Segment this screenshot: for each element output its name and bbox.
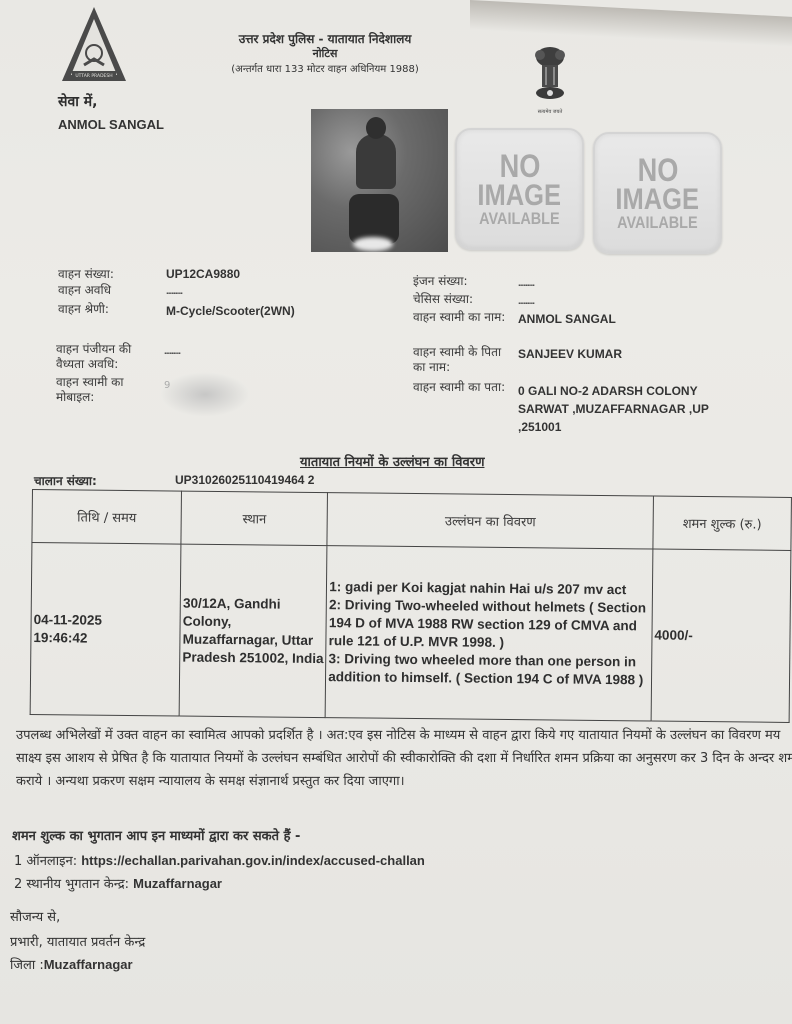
owner-name-value: ANMOL SANGAL: [518, 312, 616, 327]
cell-place: 30/12A, Gandhi Colony, Muzaffarnagar, Ut…: [179, 544, 327, 718]
chassis-number-label: चेसिस संख्या:: [413, 292, 473, 307]
violation-time: 19:46:42: [33, 629, 177, 649]
owner-address-label: वाहन स्वामी का पता:: [413, 380, 513, 395]
placeholder-text-available: AVAILABLE: [479, 210, 560, 228]
violation-section-title: यातायात नियमों के उल्लंघन का विवरण: [300, 452, 484, 470]
offence-3: 3: Driving two wheeled more than one per…: [328, 650, 649, 689]
chassis-number-value: .........: [518, 294, 534, 309]
vehicle-category-label: वाहन श्रेणी:: [58, 302, 109, 317]
violation-date: 04-11-2025: [34, 611, 178, 631]
violation-table-container: तिथि / समय स्थान उल्लंघन का विवरण शमन शु…: [30, 489, 792, 723]
notice-body-text: उपलब्ध अभिलेखों में उक्त वाहन का स्वामित…: [16, 724, 792, 793]
district-line: जिला :Muzaffarnagar: [10, 955, 133, 973]
payment-title: शमन शुल्क का भुगतान आप इन माध्यमों द्वार…: [12, 826, 300, 844]
notice-title: नोटिस: [190, 46, 460, 61]
cell-date-time: 04-11-2025 19:46:42: [30, 543, 181, 717]
recipient-name: ANMOL SANGAL: [58, 117, 164, 132]
father-name-value: SANJEEV KUMAR: [518, 347, 622, 362]
payment-local-label: 2 स्थानीय भुगतान केन्द्र:: [14, 877, 129, 892]
owner-name-label: वाहन स्वामी का नाम:: [413, 310, 513, 325]
column-header-place: स्थान: [181, 491, 328, 546]
vehicle-period-value: .........: [166, 284, 182, 299]
department-title: उत्तर प्रदेश पुलिस - यातायात निदेशालय: [190, 30, 460, 47]
column-header-offence: उल्लंघन का विवरण: [327, 493, 653, 549]
svg-text:UTTAR PRADESH: UTTAR PRADESH: [75, 73, 112, 79]
payment-online-label: 1 ऑनलाइन:: [14, 854, 77, 869]
district-label: जिला :: [10, 958, 44, 973]
violation-table: तिथि / समय स्थान उल्लंघन का विवरण शमन शु…: [30, 489, 792, 723]
registration-validity-label: वाहन पंजीयन की वैध्यता अवधि:: [56, 342, 156, 372]
district-value: Muzaffarnagar: [44, 957, 133, 972]
cell-offences: 1: gadi per Koi kagjat nahin Hai u/s 207…: [325, 546, 653, 721]
engine-number-value: .........: [518, 276, 534, 291]
national-emblem-icon: सत्यमेव जयते: [530, 45, 570, 113]
column-header-date-time: तिथि / समय: [32, 490, 182, 545]
up-traffic-police-logo-icon: UTTAR PRADESH: [60, 5, 128, 83]
challan-number-value: UP31026025110419464 2: [175, 473, 314, 487]
owner-address-value: 0 GALI NO-2 ADARSH COLONY SARWAT ,MUZAFF…: [518, 382, 748, 436]
rider-shape: [356, 134, 396, 189]
payment-local-value: Muzaffarnagar: [133, 876, 222, 891]
placeholder-text-no: NO: [499, 150, 540, 182]
father-name-label: वाहन स्वामी के पिता का नाम:: [413, 345, 517, 375]
emblem-caption: सत्यमेव जयते: [530, 109, 570, 115]
placeholder-text-no: NO: [637, 154, 678, 186]
payment-online-link[interactable]: https://echallan.parivahan.gov.in/index/…: [81, 853, 425, 868]
table-row: 04-11-2025 19:46:42 30/12A, Gandhi Colon…: [30, 543, 791, 723]
cell-fine: 4000/-: [651, 549, 791, 722]
redacted-mobile: [160, 372, 250, 417]
owner-mobile-label: वाहन स्वामी का मोबाइल:: [56, 375, 156, 405]
vehicle-number-label: वाहन संख्या:: [58, 267, 114, 282]
vehicle-number-value: UP12CA9880: [166, 267, 240, 282]
engine-number-label: इंजन संख्या:: [413, 274, 468, 289]
challan-number-label: चालान संख्या:: [34, 472, 97, 489]
payment-online: 1 ऑनलाइन: https://echallan.parivahan.gov…: [14, 851, 425, 869]
vehicle-category-value: M-Cycle/Scooter(2WN): [166, 304, 295, 319]
placeholder-text-image: IMAGE: [616, 186, 700, 214]
table-header-row: तिथि / समय स्थान उल्लंघन का विवरण शमन शु…: [32, 490, 792, 551]
vehicle-period-label: वाहन अवधि: [58, 283, 111, 298]
recipient-label: सेवा में,: [58, 92, 97, 111]
column-header-fine: शमन शुल्क (रु.): [653, 496, 792, 550]
no-image-placeholder-1: NO IMAGE AVAILABLE: [455, 128, 584, 250]
rider-head-shape: [366, 117, 386, 139]
courtesy-text: सौजन्य से,: [10, 907, 60, 925]
registration-validity-value: .........: [164, 344, 180, 359]
violation-photo[interactable]: [311, 109, 448, 252]
headlight-shape: [353, 237, 393, 251]
officer-title: प्रभारी, यातायात प्रवर्तन केन्द्र: [10, 932, 145, 950]
placeholder-text-available: AVAILABLE: [617, 214, 698, 232]
notice-subtitle: (अन्तर्गत धारा 133 मोटर वाहन अधिनियम 198…: [190, 61, 460, 75]
placeholder-text-image: IMAGE: [478, 182, 562, 210]
offence-2: 2: Driving Two-wheeled without helmets (…: [329, 596, 650, 653]
no-image-placeholder-2: NO IMAGE AVAILABLE: [593, 132, 722, 254]
payment-local: 2 स्थानीय भुगतान केन्द्र: Muzaffarnagar: [14, 874, 222, 892]
